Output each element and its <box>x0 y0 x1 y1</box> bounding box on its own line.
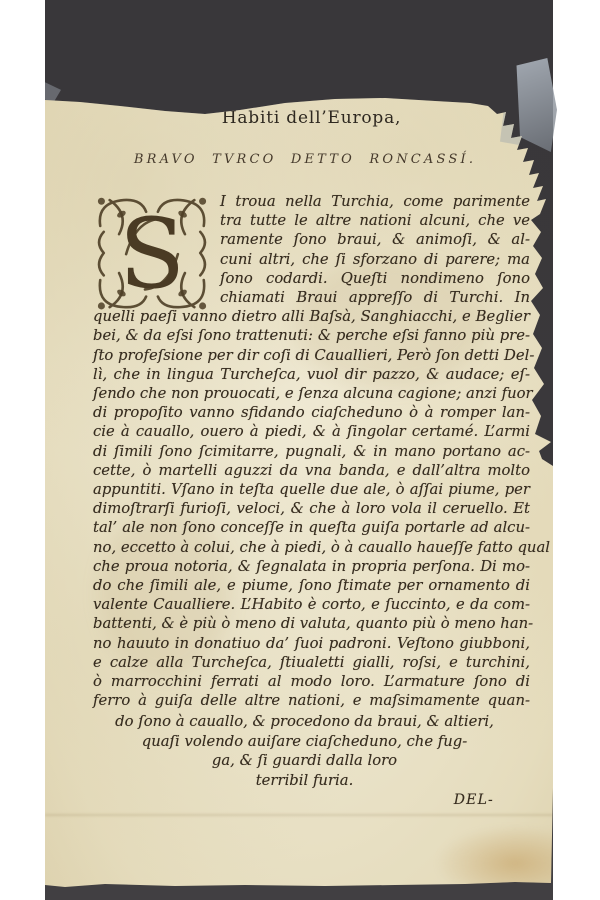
running-header: Habiti dell’Europa, <box>93 108 530 128</box>
screenshot-stage: Habiti dell’Europa, BRAVO TVRCO DETTO RO… <box>0 0 600 900</box>
text-line: di ſimili ſono ſcimitarre, pugnali, & in… <box>93 442 530 461</box>
text-line: tra tutte le altre nationi alcuni, che v… <box>220 211 530 230</box>
edge-smudge <box>45 80 61 102</box>
page-stain <box>437 826 567 888</box>
text-line: tal’ ale non ſono conceſſe in queſta gui… <box>93 518 530 537</box>
text-line: bei, & da eſsi ſono trattenuti: & perche… <box>93 326 530 345</box>
body-text: I troua nella Turchia, come parimentetra… <box>93 192 530 811</box>
text-line: ſendo che non prouocati, e ſenza alcuna … <box>93 384 530 403</box>
indented-lines: I troua nella Turchia, come parimentetra… <box>93 192 530 307</box>
book-page: Habiti dell’Europa, BRAVO TVRCO DETTO RO… <box>45 88 553 890</box>
text-line: ramente ſono braui, & animoſi, & al- <box>220 230 530 249</box>
text-line: quelli paeſi vanno dietro alli Baſsà, Sa… <box>93 307 530 326</box>
text-line: battenti, & è più ò meno di valuta, quan… <box>93 614 530 633</box>
text-line: che proua notoria, & ſegnalata in propri… <box>93 557 530 576</box>
text-line: cette, ò martelli aguzzi da vna banda, e… <box>93 461 530 480</box>
photo-backdrop: Habiti dell’Europa, BRAVO TVRCO DETTO RO… <box>45 0 553 900</box>
text-line: no, eccetto à colui, che à piedi, ò à ca… <box>93 538 530 557</box>
text-line: di propoſito vanno sfidando ciaſcheduno … <box>93 403 530 422</box>
text-line: cie à cauallo, ouero à piedi, & à ſingol… <box>93 422 530 441</box>
text-line: ò marrocchini ferrati al modo loro. L’ar… <box>93 672 530 691</box>
text-line: ſto profeſsione per dir coſi di Cauallie… <box>93 346 530 365</box>
text-line: ſono codardi. Queſti nondimeno ſono <box>220 269 530 288</box>
text-line: do che ſimili ale, e piume, ſono ſtimate… <box>93 576 530 595</box>
text-line: terribil furia. <box>93 771 516 791</box>
text-line: lì, che in lingua Turcheſca, vuol dir pa… <box>93 365 530 384</box>
text-line: do ſono à cauallo, & procedono da braui,… <box>93 712 516 732</box>
text-line: appuntiti. Vſano in teſta quelle due ale… <box>93 480 530 499</box>
taper-lines: do ſono à cauallo, & procedono da braui,… <box>93 712 530 790</box>
page-title: BRAVO TVRCO DETTO RONCASSÍ. <box>75 152 535 167</box>
text-line: no hauuto in donatiuo da’ ſuoi padroni. … <box>93 634 530 653</box>
text-line: ferro à guiſa delle altre nationi, e maſ… <box>93 691 530 710</box>
text-line: chiamati Braui appreſſo di Turchi. In <box>220 288 530 307</box>
text-line: e calze alla Turcheſca, ſtiualetti giall… <box>93 653 530 672</box>
text-line: valente Caualliere. L’Habito è corto, e … <box>93 595 530 614</box>
text-line: ga, & ſi guardi dalla loro <box>93 751 516 771</box>
full-lines: quelli paeſi vanno dietro alli Baſsà, Sa… <box>93 307 530 710</box>
text-line: I troua nella Turchia, come parimente <box>220 192 530 211</box>
text-line: dimoſtrarſi furioſi, veloci, & che à lor… <box>93 499 530 518</box>
page-crease <box>45 814 553 816</box>
text-line: quaſi volendo auiſare ciaſcheduno, che f… <box>93 732 516 752</box>
text-line: cuni altri, che ſi sforzano di parere; m… <box>220 250 530 269</box>
catchword: DEL- <box>93 791 530 810</box>
